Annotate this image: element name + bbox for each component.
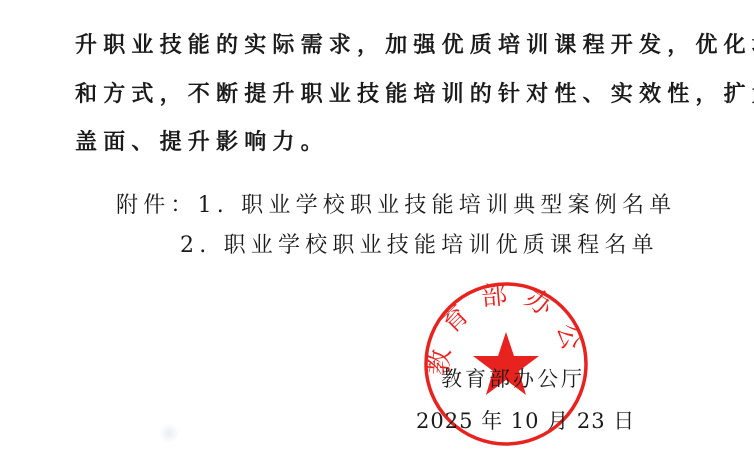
attachment-1: 附件：1. 职业学校职业技能培训典型案例名单 [116, 193, 676, 219]
body-line-3: 盖面、提升影响力。 [75, 129, 329, 155]
body-line-1: 升职业技能的实际需求，加强优质培训课程开发，优化培训形式 [75, 32, 754, 58]
issuer-organization: 教育部办公厅 [441, 366, 585, 392]
issue-date: 2025 年 10 月 23 日 [416, 408, 635, 434]
attachment-2: 2. 职业学校职业技能培训优质课程名单 [180, 233, 659, 259]
body-line-2: 和方式，不断提升职业技能培训的针对性、实效性，扩大培训覆 [75, 81, 754, 107]
scan-smudge [158, 424, 180, 442]
